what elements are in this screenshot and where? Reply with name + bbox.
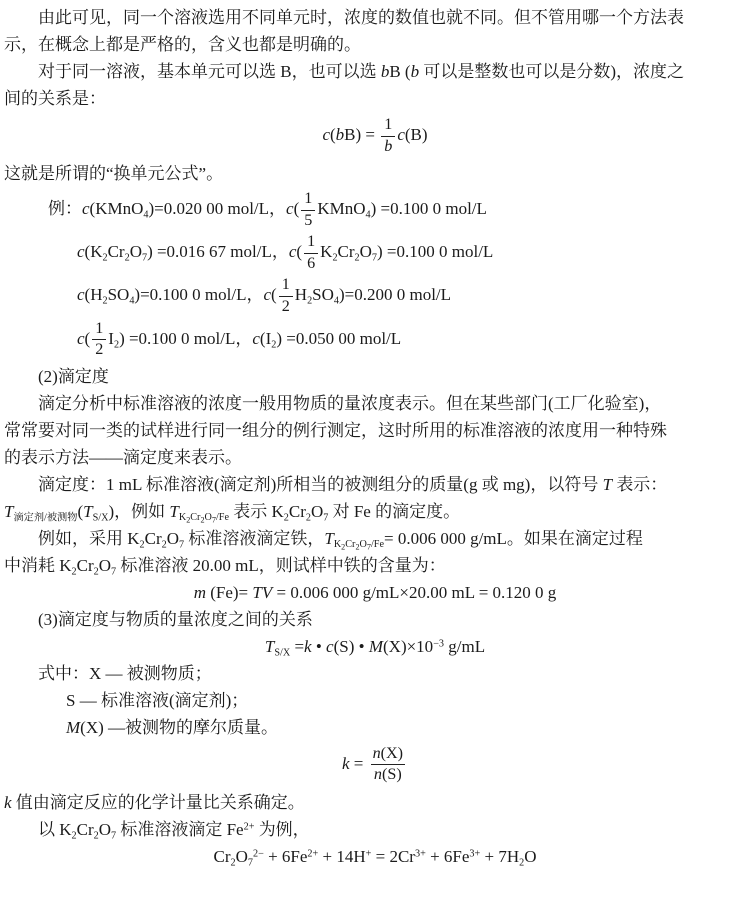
- text-line: 例：c(KMnO4)=0.020 00 mol/L，c(15KMnO4) =0.…: [4, 190, 746, 230]
- text-line: 中消耗 K2Cr2O7 标准溶液 20.00 mL，则试样中铁的含量为：: [4, 552, 746, 579]
- formula-line: m (Fe)= TV = 0.006 000 g/mL×20.00 mL = 0…: [4, 579, 746, 606]
- text-line: c(12I2) =0.100 0 mol/L，c(I2) =0.050 00 m…: [4, 320, 746, 360]
- fraction: n(X)n(S): [370, 745, 406, 785]
- fraction: 15: [301, 190, 315, 230]
- fraction: 12: [92, 320, 106, 360]
- text-line: 示，在概念上都是严格的，含义也都是明确的。: [4, 31, 746, 58]
- text-line: c(H2SO4)=0.100 0 mol/L，c(12H2SO4)=0.200 …: [4, 276, 746, 316]
- fraction: 1b: [381, 116, 395, 156]
- fraction: 12: [279, 276, 293, 316]
- text-line: c(K2Cr2O7) =0.016 67 mol/L，c(16K2Cr2O7) …: [4, 233, 746, 273]
- text-line: 以 K2Cr2O7 标准溶液滴定 Fe2+ 为例，: [4, 816, 746, 843]
- text-line: 滴定度：1 mL 标准溶液(滴定剂)所相当的被测组分的质量(g 或 mg)，以符…: [4, 471, 746, 498]
- text-line: 例如，采用 K2Cr2O7 标准溶液滴定铁，TK2Cr2O7/Fe= 0.006…: [4, 525, 746, 552]
- text-line: (3)滴定度与物质的量浓度之间的关系: [4, 606, 746, 633]
- text-line: 常常要对同一类的试样进行同一组分的例行测定，这时所用的标准溶液的浓度用一种特殊: [4, 417, 746, 444]
- text-line: 对于同一溶液，基本单元可以选 B，也可以选 bB (b 可以是整数也可以是分数)…: [4, 58, 746, 85]
- text-line: M(X) —被测物的摩尔质量。: [4, 714, 746, 741]
- document-page: 由此可见，同一个溶液选用不同单元时，浓度的数值也就不同。但不管用哪一个方法表示，…: [4, 4, 746, 870]
- text-line: k 值由滴定反应的化学计量比关系确定。: [4, 789, 746, 816]
- formula-line: k = n(X)n(S): [4, 745, 746, 785]
- text-line: (2)滴定度: [4, 363, 746, 390]
- formula-line: c(bB) = 1bc(B): [4, 116, 746, 156]
- fraction: 16: [304, 233, 318, 273]
- text-line: 的表示方法——滴定度来表示。: [4, 444, 746, 471]
- text-line: 间的关系是：: [4, 85, 746, 112]
- formula-line: TS/X =k • c(S) • M(X)×10−3 g/mL: [4, 633, 746, 660]
- text-line: 滴定分析中标准溶液的浓度一般用物质的量浓度表示。但在某些部门(工厂化验室)，: [4, 390, 746, 417]
- text-line: T滴定剂/被测物(TS/X)，例如 TK2Cr2O7/Fe 表示 K2Cr2O7…: [4, 498, 746, 525]
- formula-line: Cr2O72− + 6Fe2+ + 14H+ = 2Cr3+ + 6Fe3+ +…: [4, 843, 746, 870]
- text-line: 式中：X — 被测物质；: [4, 660, 746, 687]
- text-line: S — 标准溶液(滴定剂)；: [4, 687, 746, 714]
- text-line: 由此可见，同一个溶液选用不同单元时，浓度的数值也就不同。但不管用哪一个方法表: [4, 4, 746, 31]
- text-line: 这就是所谓的“换单元公式”。: [4, 160, 746, 187]
